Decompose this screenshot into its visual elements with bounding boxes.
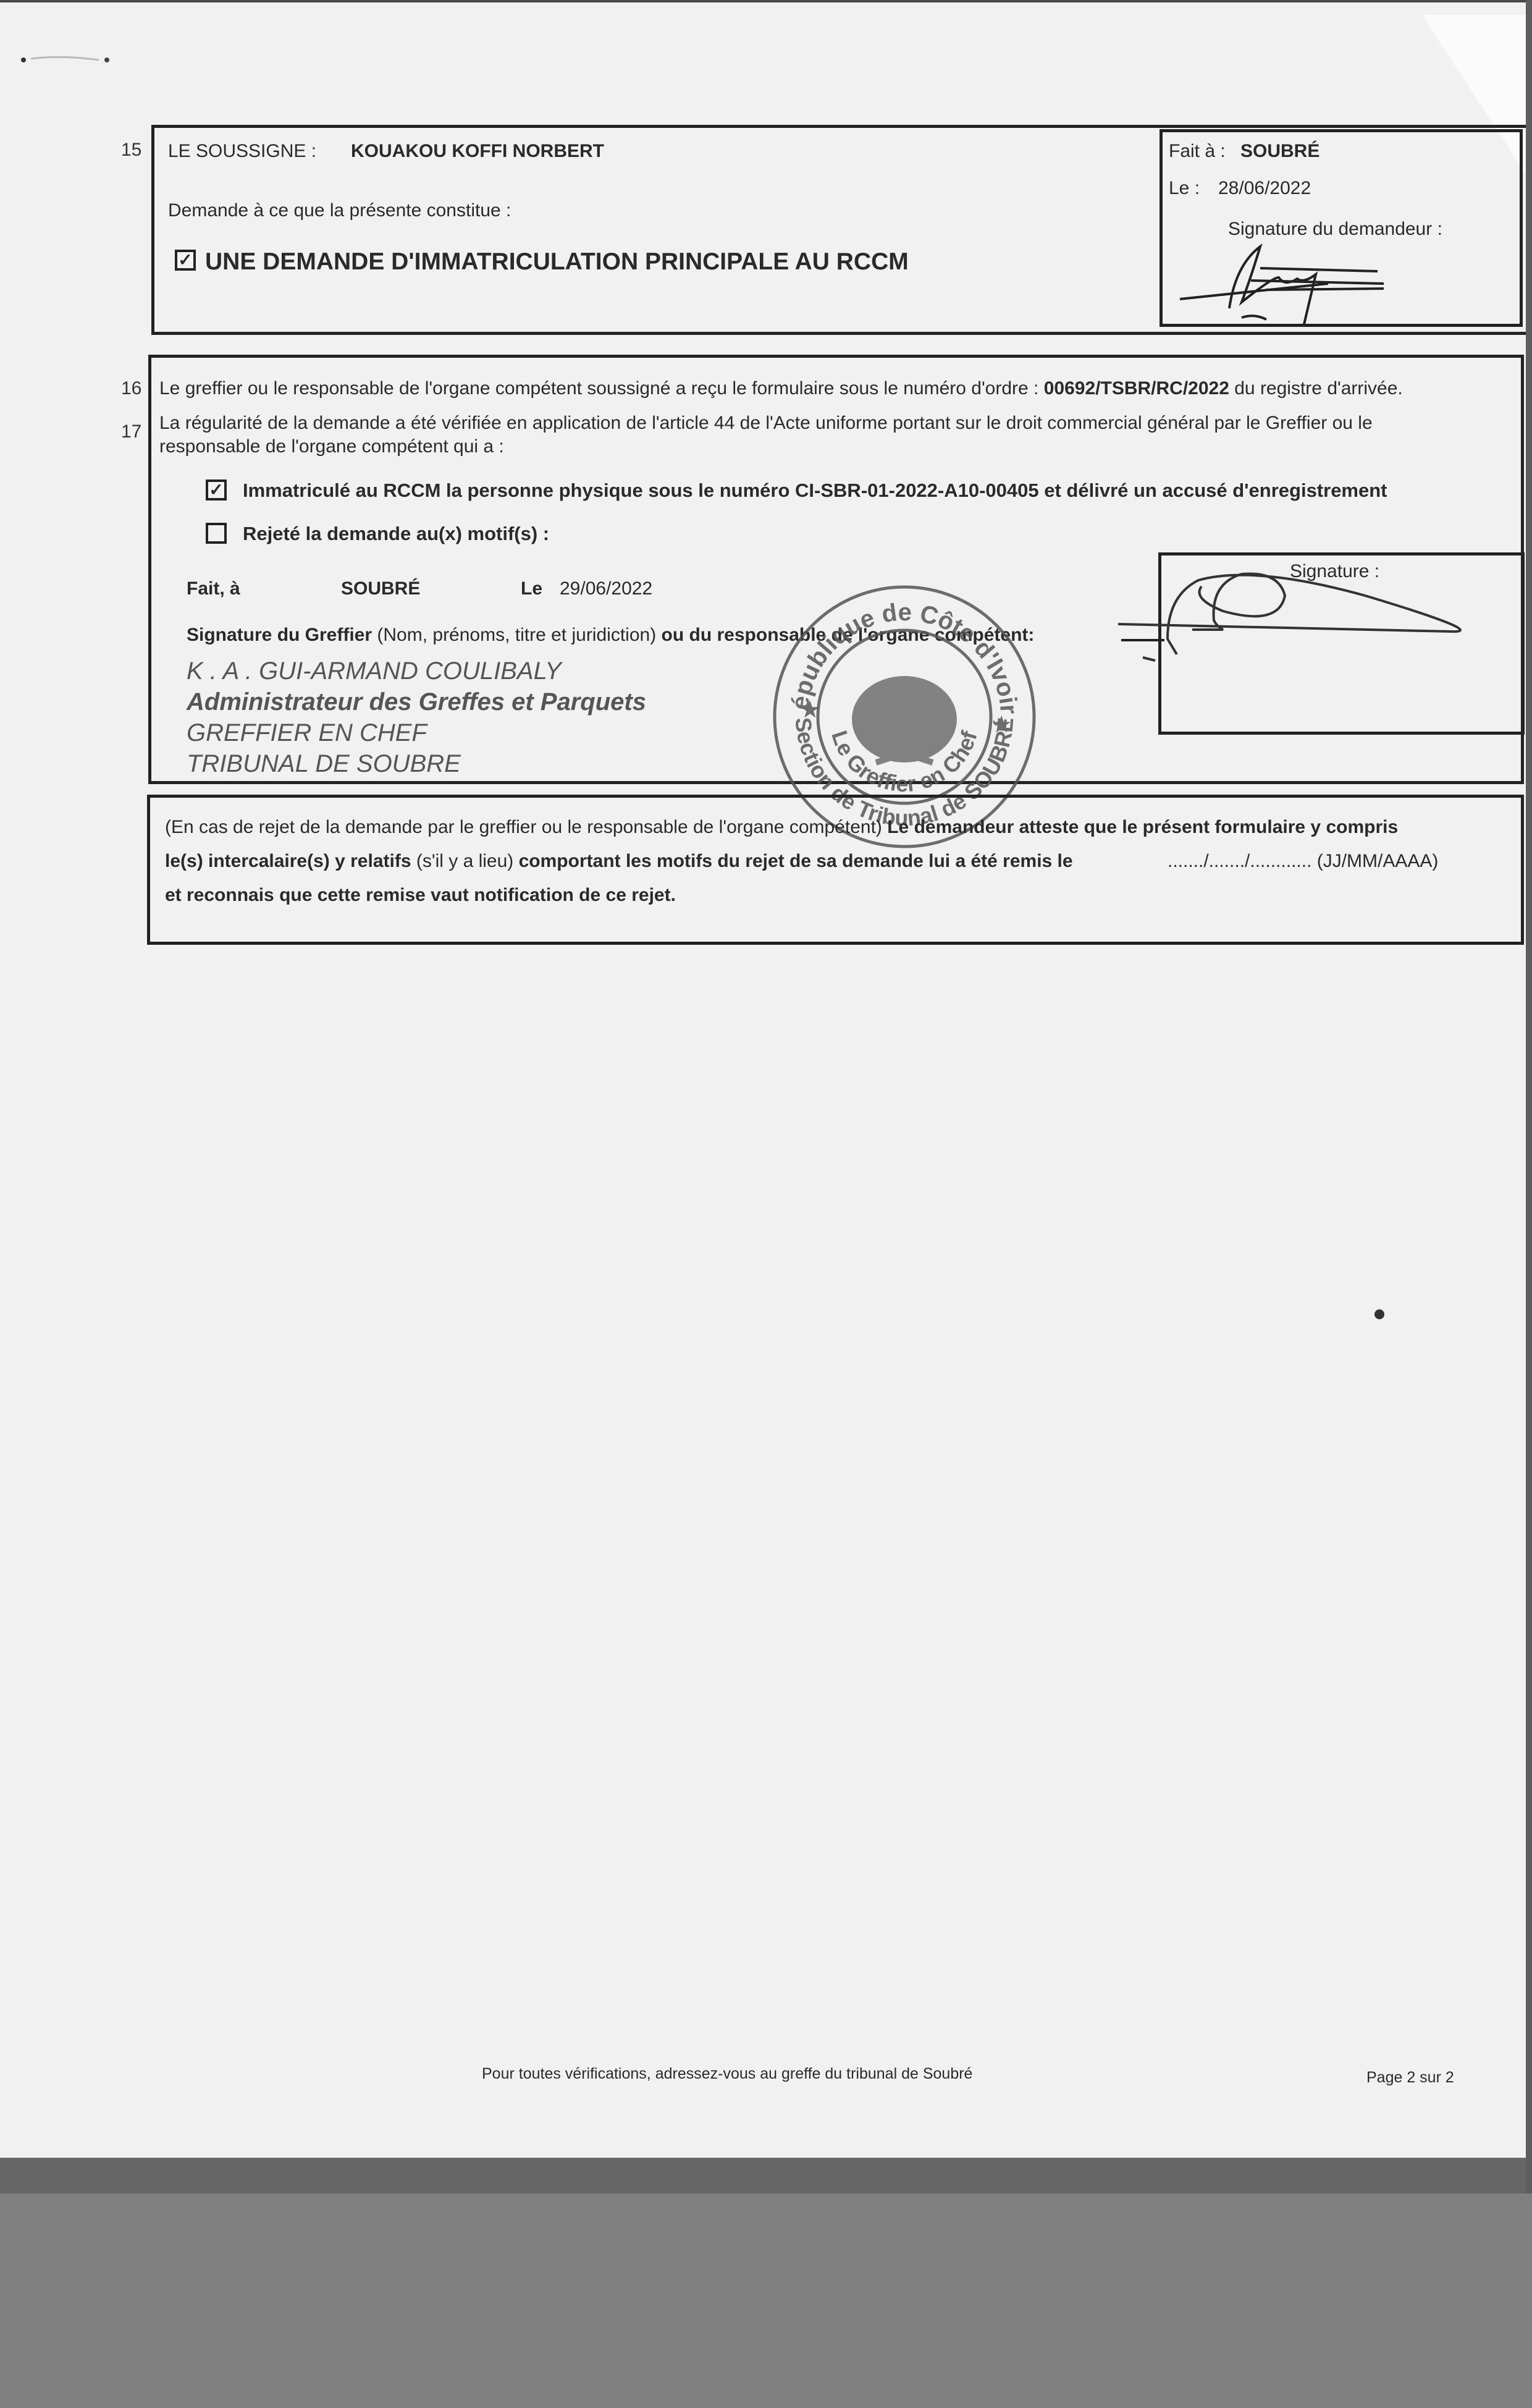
immatricule-checkbox[interactable]: ✓ xyxy=(206,479,227,501)
footer-page-number: Page 2 sur 2 xyxy=(1366,2069,1454,2087)
le-value-greffier: 29/06/2022 xyxy=(560,578,652,599)
fait-a-value-applicant: SOUBRÉ xyxy=(1240,141,1319,162)
section-number-16: 16 xyxy=(121,378,141,399)
svg-text:★: ★ xyxy=(801,698,819,722)
scan-border-right xyxy=(1526,0,1532,2194)
demande-checkbox[interactable]: ✓ xyxy=(175,250,196,271)
svg-text:★: ★ xyxy=(992,713,1011,737)
reception-statement: Le greffier ou le responsable de l'organ… xyxy=(159,378,1403,399)
date-blank: ......./......./............ xyxy=(1168,851,1311,871)
scan-border-bottom xyxy=(0,2158,1532,2194)
le-value-applicant: 28/06/2022 xyxy=(1218,178,1311,199)
date-format: (JJ/MM/AAAA) xyxy=(1317,851,1439,871)
verification-text-line1: La régularité de la demande a été vérifi… xyxy=(159,413,1373,434)
rejection-line1: (En cas de rejet de la demande par le gr… xyxy=(165,817,1398,838)
section-number-15: 15 xyxy=(121,140,141,161)
le-label-greffier: Le xyxy=(521,578,542,599)
checkmark-icon: ✓ xyxy=(178,251,192,269)
le-label-applicant: Le : xyxy=(1169,178,1200,199)
rejection-date-field[interactable]: ......./......./............ (JJ/MM/AAAA… xyxy=(1168,851,1438,872)
rccm-number: CI-SBR-01-2022-A10-00405 xyxy=(795,479,1039,501)
section-number-17: 17 xyxy=(121,421,141,442)
rejection-line3: et reconnais que cette remise vaut notif… xyxy=(165,885,676,906)
footer-verification: Pour toutes vérifications, adressez-vous… xyxy=(482,2065,972,2083)
rejete-checkbox[interactable] xyxy=(206,523,227,544)
greffier-role: GREFFIER EN CHEF xyxy=(187,719,427,747)
fait-a-label-greffier: Fait, à xyxy=(187,578,240,599)
soussigne-label: LE SOUSSIGNE : xyxy=(168,141,316,162)
greffier-name: K . A . GUI-ARMAND COULIBALY xyxy=(187,657,562,685)
rejection-line2: le(s) intercalaire(s) y relatifs (s'il y… xyxy=(165,851,1073,872)
greffier-signature xyxy=(1118,571,1513,695)
greffier-title: Administrateur des Greffes et Parquets xyxy=(187,688,646,716)
immatricule-option: Immatriculé au RCCM la personne physique… xyxy=(243,479,1387,502)
greffier-court: TRIBUNAL DE SOUBRE xyxy=(187,750,461,778)
applicant-signature xyxy=(1174,240,1433,327)
fait-a-value-greffier: SOUBRÉ xyxy=(341,578,420,599)
document-page: 15 LE SOUSSIGNE : KOUAKOU KOFFI NORBERT … xyxy=(0,2,1526,2159)
scan-specks xyxy=(19,55,117,67)
fait-a-label-applicant: Fait à : xyxy=(1169,141,1226,162)
coat-of-arms-icon xyxy=(852,676,957,763)
ink-dot xyxy=(1374,1309,1384,1319)
rejete-option: Rejeté la demande au(x) motif(s) : xyxy=(243,523,549,545)
order-number: 00692/TSBR/RC/2022 xyxy=(1044,378,1229,399)
demande-label: Demande à ce que la présente constitue : xyxy=(168,200,511,221)
signature-demandeur-label: Signature du demandeur : xyxy=(1228,219,1442,240)
soussigne-name: KOUAKOU KOFFI NORBERT xyxy=(351,141,604,162)
verification-text-line2: responsable de l'organe compétent qui a … xyxy=(159,436,504,457)
checkmark-icon: ✓ xyxy=(209,481,223,499)
demande-type: UNE DEMANDE D'IMMATRICULATION PRINCIPALE… xyxy=(205,248,909,276)
